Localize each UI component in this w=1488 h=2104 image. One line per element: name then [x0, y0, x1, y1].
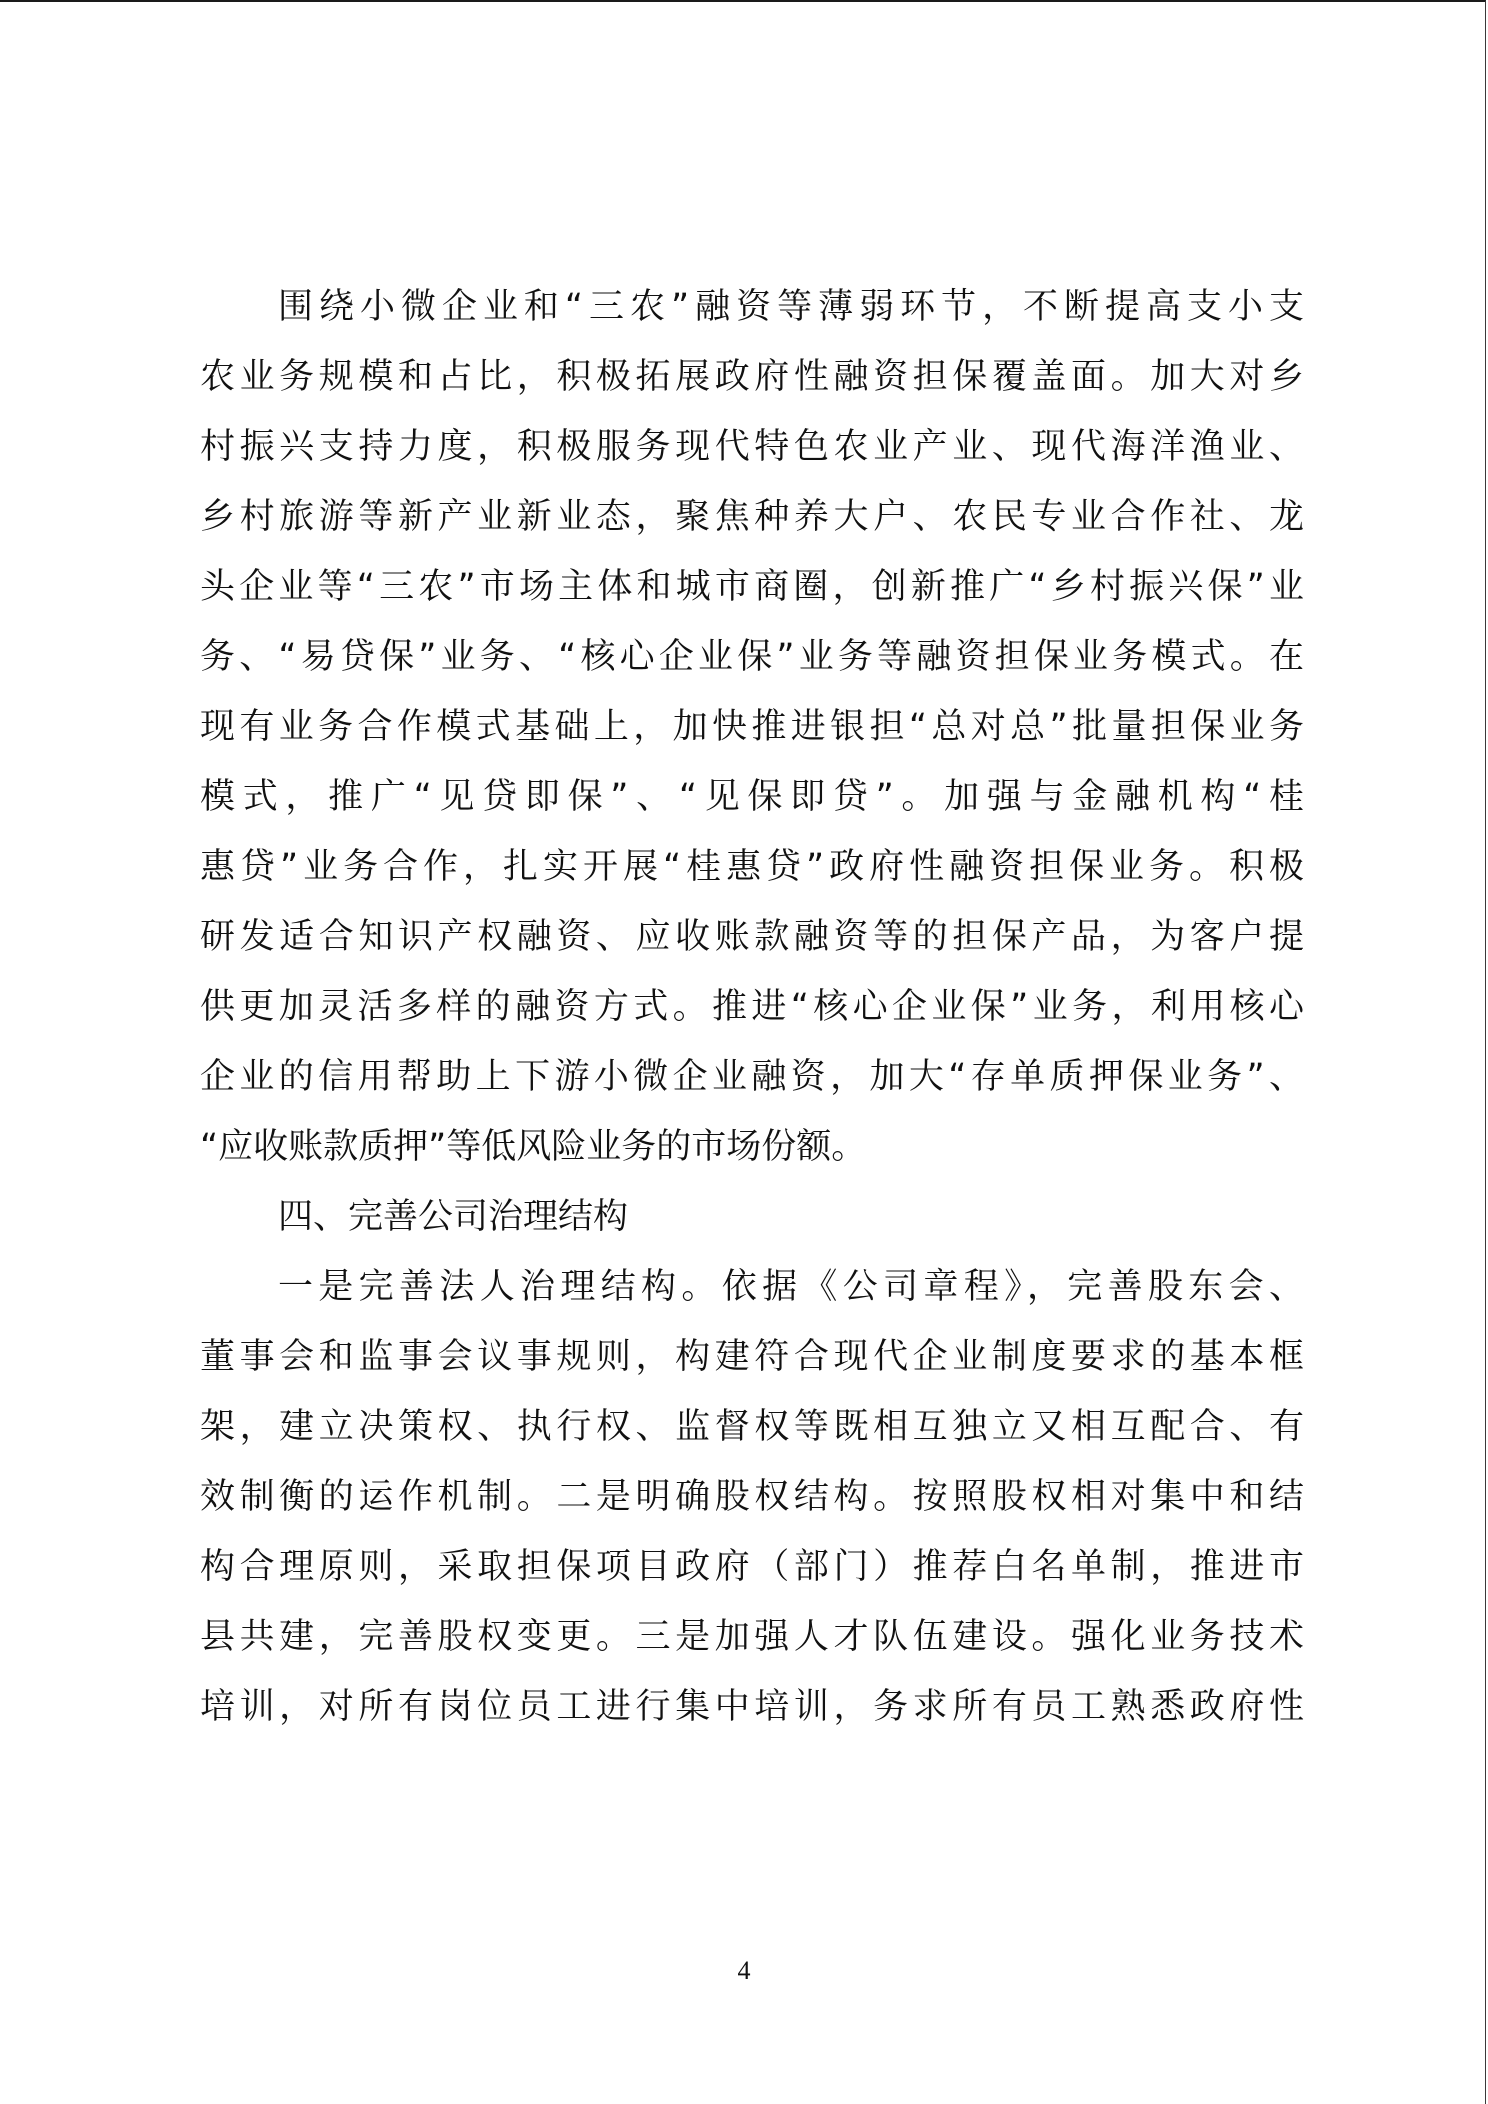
paragraph-1-line-1: 围绕小微企业和“三农”融资等薄弱环节，不断提高支小支 — [200, 272, 1304, 342]
paragraph-1-line-12: 企业的信用帮助上下游小微企业融资，加大“存单质押保业务”、 — [200, 1042, 1304, 1112]
page-number: 4 — [0, 1956, 1488, 1986]
paragraph-2-line-4: 效制衡的运作机制。二是明确股权结构。按照股权相对集中和结 — [200, 1462, 1304, 1532]
section-heading: 四、完善公司治理结构 — [200, 1182, 1304, 1252]
paragraph-2-line-2: 董事会和监事会议事规则，构建符合现代企业制度要求的基本框 — [200, 1322, 1304, 1392]
paragraph-1-line-6: 务、“易贷保”业务、“核心企业保”业务等融资担保业务模式。在 — [200, 622, 1304, 692]
paragraph-1-line-2: 农业务规模和占比，积极拓展政府性融资担保覆盖面。加大对乡 — [200, 342, 1304, 412]
paragraph-1-line-8: 模式，推广“见贷即保”、“见保即贷”。加强与金融机构“桂 — [200, 762, 1304, 832]
paragraph-1-line-5: 头企业等“三农”市场主体和城市商圈，创新推广“乡村振兴保”业 — [200, 552, 1304, 622]
paragraph-2-line-5: 构合理原则，采取担保项目政府（部门）推荐白名单制，推进市 — [200, 1532, 1304, 1602]
paragraph-1-line-4: 乡村旅游等新产业新业态，聚焦种养大户、农民专业合作社、龙 — [200, 482, 1304, 552]
paragraph-2-line-6: 县共建，完善股权变更。三是加强人才队伍建设。强化业务技术 — [200, 1602, 1304, 1672]
paragraph-2-line-7: 培训，对所有岗位员工进行集中培训，务求所有员工熟悉政府性 — [200, 1672, 1304, 1742]
paragraph-1-line-10: 研发适合知识产权融资、应收账款融资等的担保产品，为客户提 — [200, 902, 1304, 972]
paragraph-1-line-9: 惠贷”业务合作，扎实开展“桂惠贷”政府性融资担保业务。积极 — [200, 832, 1304, 902]
paragraph-2-line-1: 一是完善法人治理结构。依据《公司章程》，完善股东会、 — [200, 1252, 1304, 1322]
paragraph-1-line-3: 村振兴支持力度，积极服务现代特色农业产业、现代海洋渔业、 — [200, 412, 1304, 482]
paragraph-1-line-13: “应收账款质押”等低风险业务的市场份额。 — [200, 1112, 1304, 1182]
document-body: 围绕小微企业和“三农”融资等薄弱环节，不断提高支小支 农业务规模和占比，积极拓展… — [200, 272, 1304, 1742]
document-page: 围绕小微企业和“三农”融资等薄弱环节，不断提高支小支 农业务规模和占比，积极拓展… — [0, 0, 1486, 2104]
paragraph-1-line-7: 现有业务合作模式基础上，加快推进银担“总对总”批量担保业务 — [200, 692, 1304, 762]
paragraph-2-line-3: 架，建立决策权、执行权、监督权等既相互独立又相互配合、有 — [200, 1392, 1304, 1462]
paragraph-1-line-11: 供更加灵活多样的融资方式。推进“核心企业保”业务，利用核心 — [200, 972, 1304, 1042]
